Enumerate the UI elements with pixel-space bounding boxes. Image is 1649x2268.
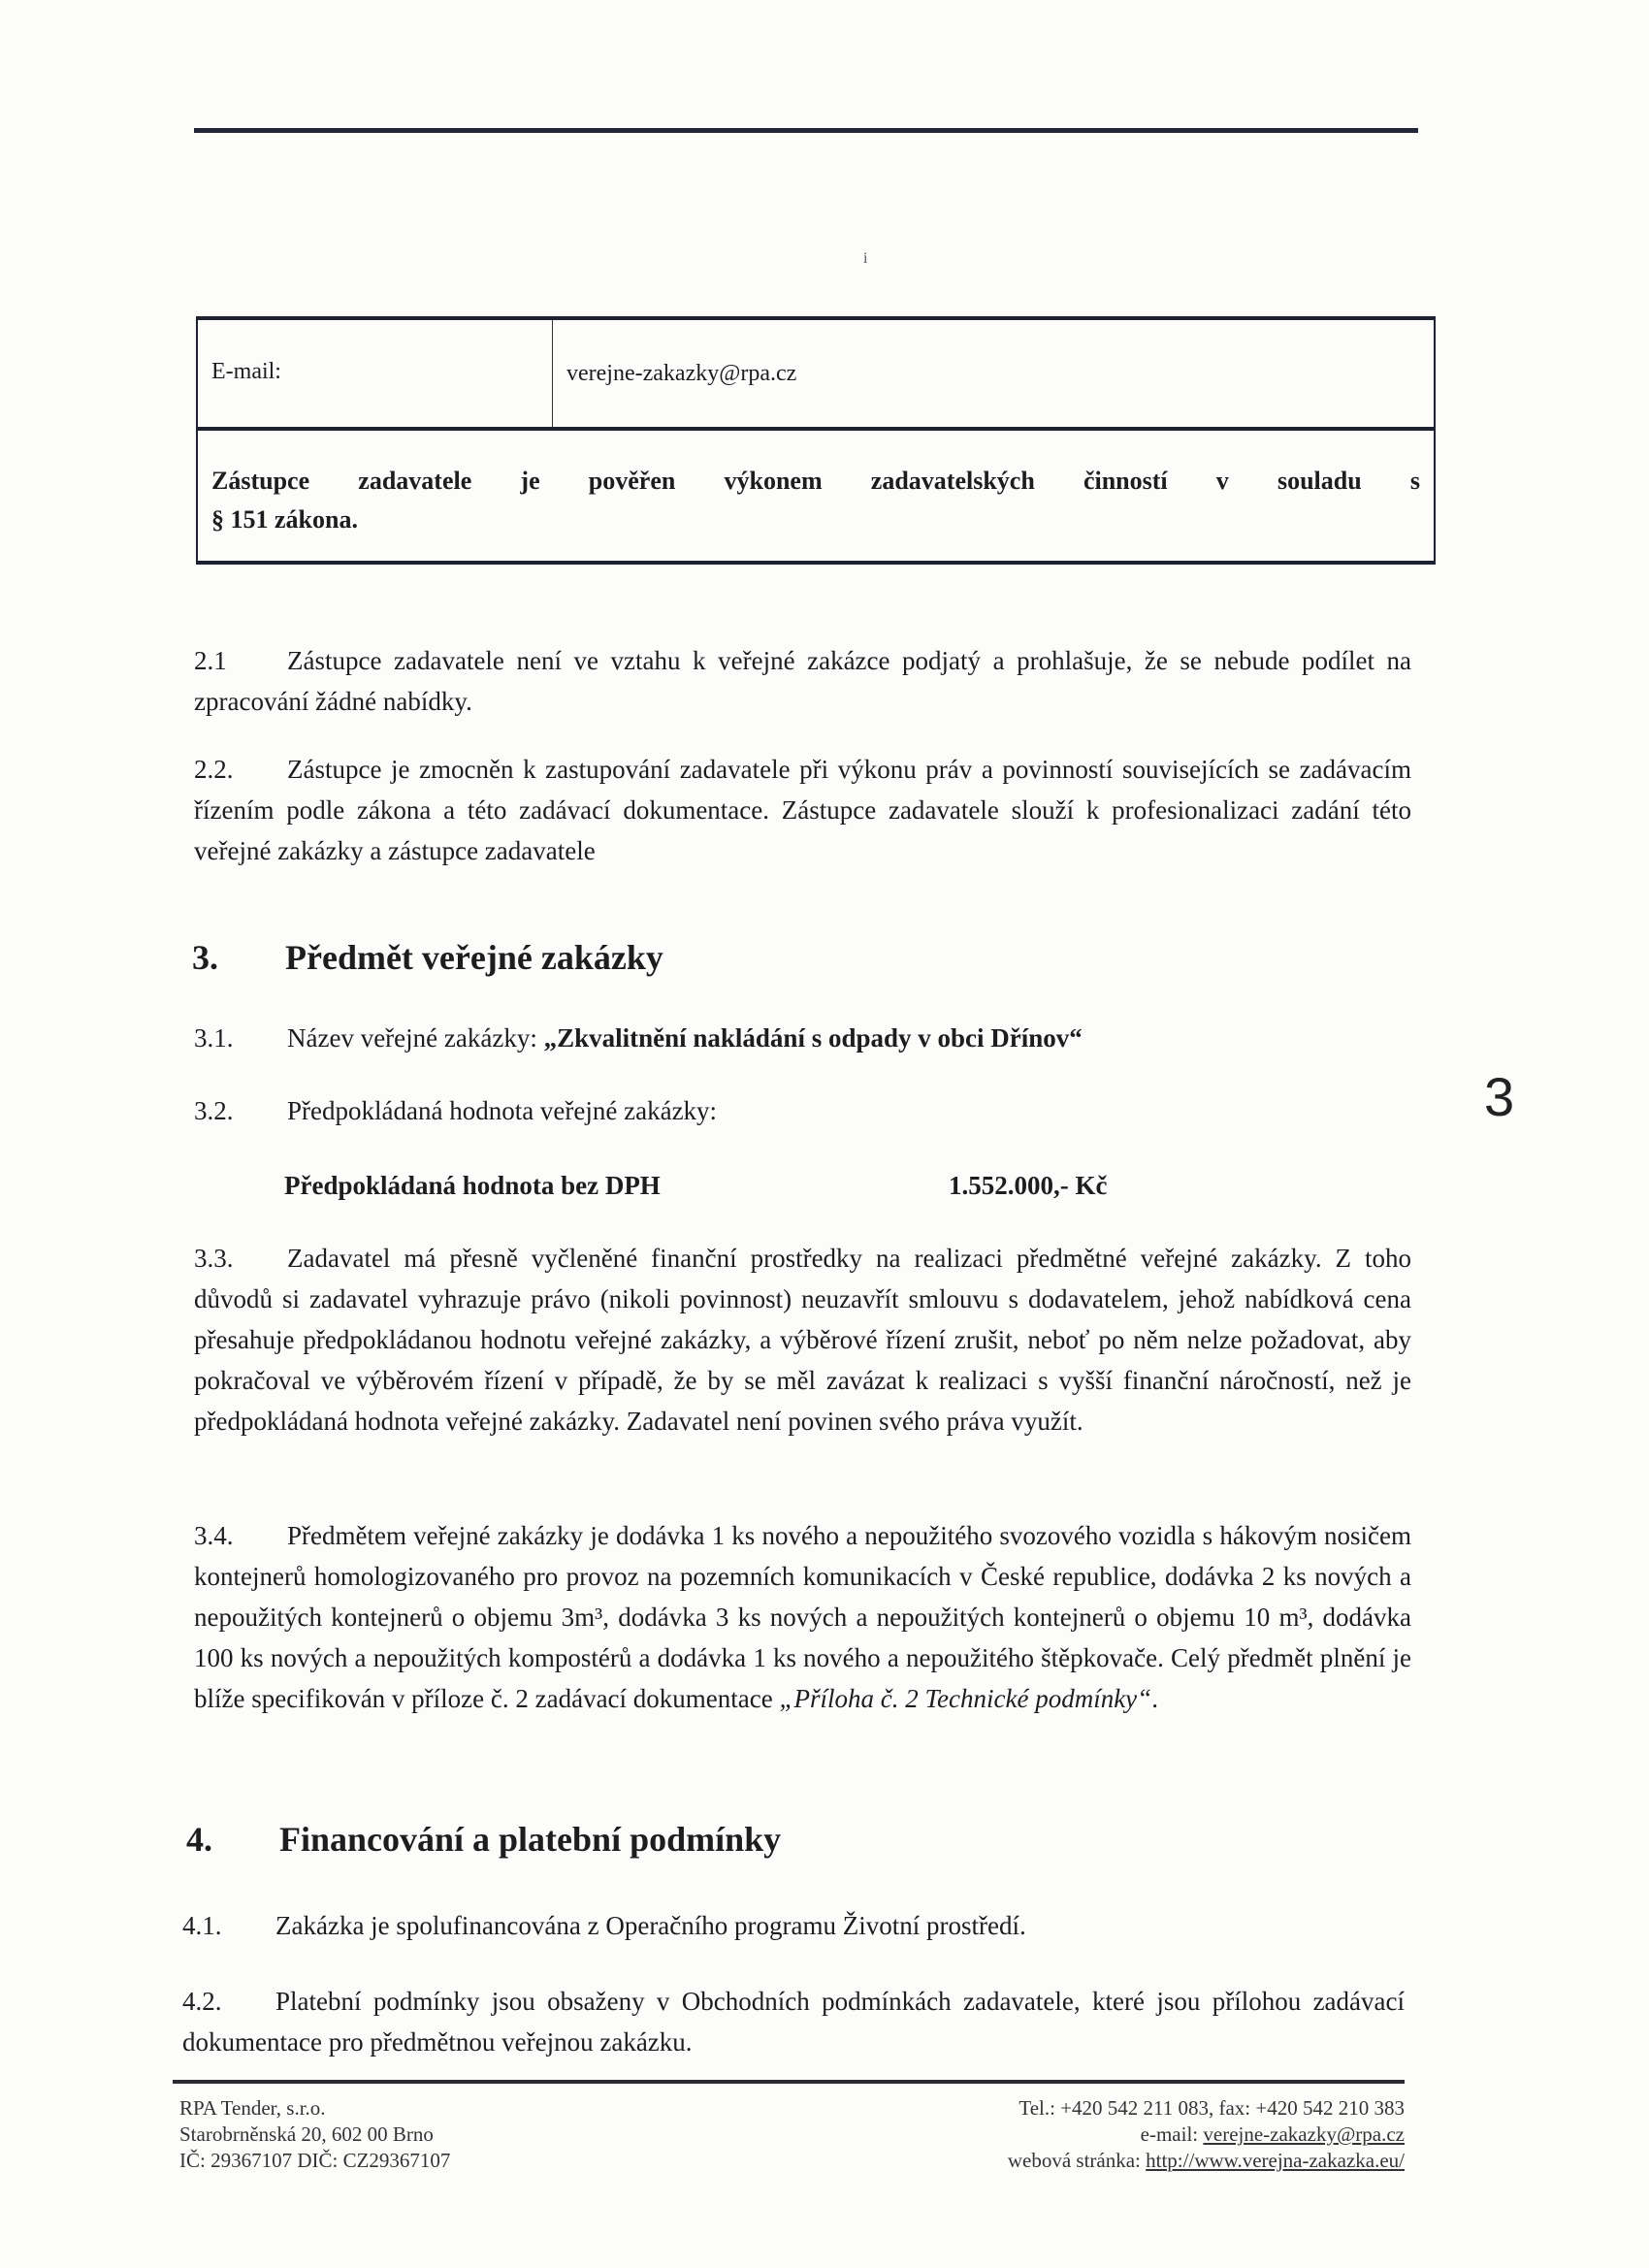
- paragraph-number: 3.1.: [194, 1023, 287, 1053]
- footer-rule: [173, 2080, 1405, 2084]
- paragraph-text: Předpokládaná hodnota veřejné zakázky:: [287, 1096, 717, 1125]
- footer-contact-info: Tel.: +420 542 211 083, fax: +420 542 21…: [1008, 2095, 1405, 2174]
- attachment-reference: „Příloha č. 2 Technické podmínky“: [779, 1684, 1151, 1713]
- email-label: e-mail:: [1141, 2122, 1204, 2146]
- section-3-heading: 3.Předmět veřejné zakázky: [192, 937, 663, 978]
- price-value: 1.552.000,- Kč: [949, 1171, 1107, 1201]
- contact-table: E-mail: verejne-zakazky@rpa.cz Zástupce …: [196, 316, 1436, 565]
- paragraph-number: 3.3.: [194, 1238, 287, 1279]
- paragraph-number: 4.2.: [182, 1981, 275, 2022]
- paragraph-end: .: [1151, 1684, 1158, 1713]
- paragraph-3-4: 3.4.Předmětem veřejné zakázky je dodávka…: [194, 1515, 1411, 1719]
- paragraph-text: Zástupce je zmocněn k zastupování zadava…: [194, 755, 1411, 865]
- section-title: Financování a platební podmínky: [279, 1820, 781, 1859]
- paragraph-4-1: 4.1.Zakázka je spolufinancována z Operač…: [182, 1911, 1026, 1941]
- phone-fax: Tel.: +420 542 211 083, fax: +420 542 21…: [1008, 2095, 1405, 2122]
- scan-mark: i: [863, 250, 867, 268]
- paragraph-number: 2.2.: [194, 749, 287, 790]
- section-number: 3.: [192, 937, 285, 978]
- authorization-note: Zástupce zadavatele je pověřen výkonem z…: [198, 431, 1434, 561]
- email-row: E-mail: verejne-zakazky@rpa.cz: [198, 320, 1434, 431]
- email-label: E-mail:: [198, 320, 553, 427]
- section-number: 4.: [186, 1819, 279, 1860]
- contract-name-value: „Zkvalitnění nakládání s odpady v obci D…: [544, 1023, 1083, 1053]
- company-ids: IČ: 29367107 DIČ: CZ29367107: [179, 2148, 450, 2174]
- section-title: Předmět veřejné zakázky: [285, 938, 663, 977]
- paragraph-4-2: 4.2.Platební podmínky jsou obsaženy v Ob…: [182, 1981, 1405, 2062]
- authorization-note-line2: § 151 zákona.: [211, 505, 358, 534]
- price-label: Předpokládaná hodnota bez DPH: [284, 1171, 661, 1201]
- authorization-note-line1: Zástupce zadavatele je pověřen výkonem z…: [211, 462, 1420, 501]
- website-link[interactable]: http://www.verejna-zakazka.eu/: [1146, 2149, 1405, 2172]
- paragraph-number: 3.2.: [194, 1096, 287, 1126]
- contract-name-label: Název veřejné zakázky:: [287, 1023, 544, 1053]
- paragraph-3-3: 3.3.Zadavatel má přesně vyčleněné finanč…: [194, 1238, 1411, 1442]
- web-label: webová stránka:: [1008, 2149, 1146, 2172]
- page-number: 3: [1484, 1065, 1514, 1128]
- paragraph-2-2: 2.2.Zástupce je zmocněn k zastupování za…: [194, 749, 1411, 871]
- paragraph-text: Platební podmínky jsou obsaženy v Obchod…: [182, 1987, 1405, 2057]
- paragraph-number: 4.1.: [182, 1911, 275, 1941]
- company-name: RPA Tender, s.r.o.: [179, 2095, 450, 2122]
- footer-email-line: e-mail: verejne-zakazky@rpa.cz: [1008, 2122, 1405, 2148]
- paragraph-text: Zadavatel má přesně vyčleněné finanční p…: [194, 1244, 1411, 1436]
- footer-company-info: RPA Tender, s.r.o. Starobrněnská 20, 602…: [179, 2095, 450, 2174]
- email-link[interactable]: verejne-zakazky@rpa.cz: [1203, 2122, 1405, 2146]
- paragraph-text: Zástupce zadavatele není ve vztahu k veř…: [194, 646, 1411, 716]
- company-address: Starobrněnská 20, 602 00 Brno: [179, 2122, 450, 2148]
- paragraph-3-2: 3.2.Předpokládaná hodnota veřejné zakázk…: [194, 1096, 717, 1126]
- paragraph-3-1: 3.1.Název veřejné zakázky: „Zkvalitnění …: [194, 1023, 1083, 1053]
- paragraph-2-1: 2.1Zástupce zadavatele není ve vztahu k …: [194, 640, 1411, 722]
- footer-web-line: webová stránka: http://www.verejna-zakaz…: [1008, 2148, 1405, 2174]
- email-value: verejne-zakazky@rpa.cz: [553, 320, 1434, 427]
- paragraph-number: 3.4.: [194, 1515, 287, 1556]
- section-4-heading: 4.Financování a platební podmínky: [186, 1819, 781, 1860]
- header-rule: [194, 128, 1418, 133]
- paragraph-text: Zakázka je spolufinancována z Operačního…: [275, 1911, 1026, 1940]
- paragraph-number: 2.1: [194, 640, 287, 681]
